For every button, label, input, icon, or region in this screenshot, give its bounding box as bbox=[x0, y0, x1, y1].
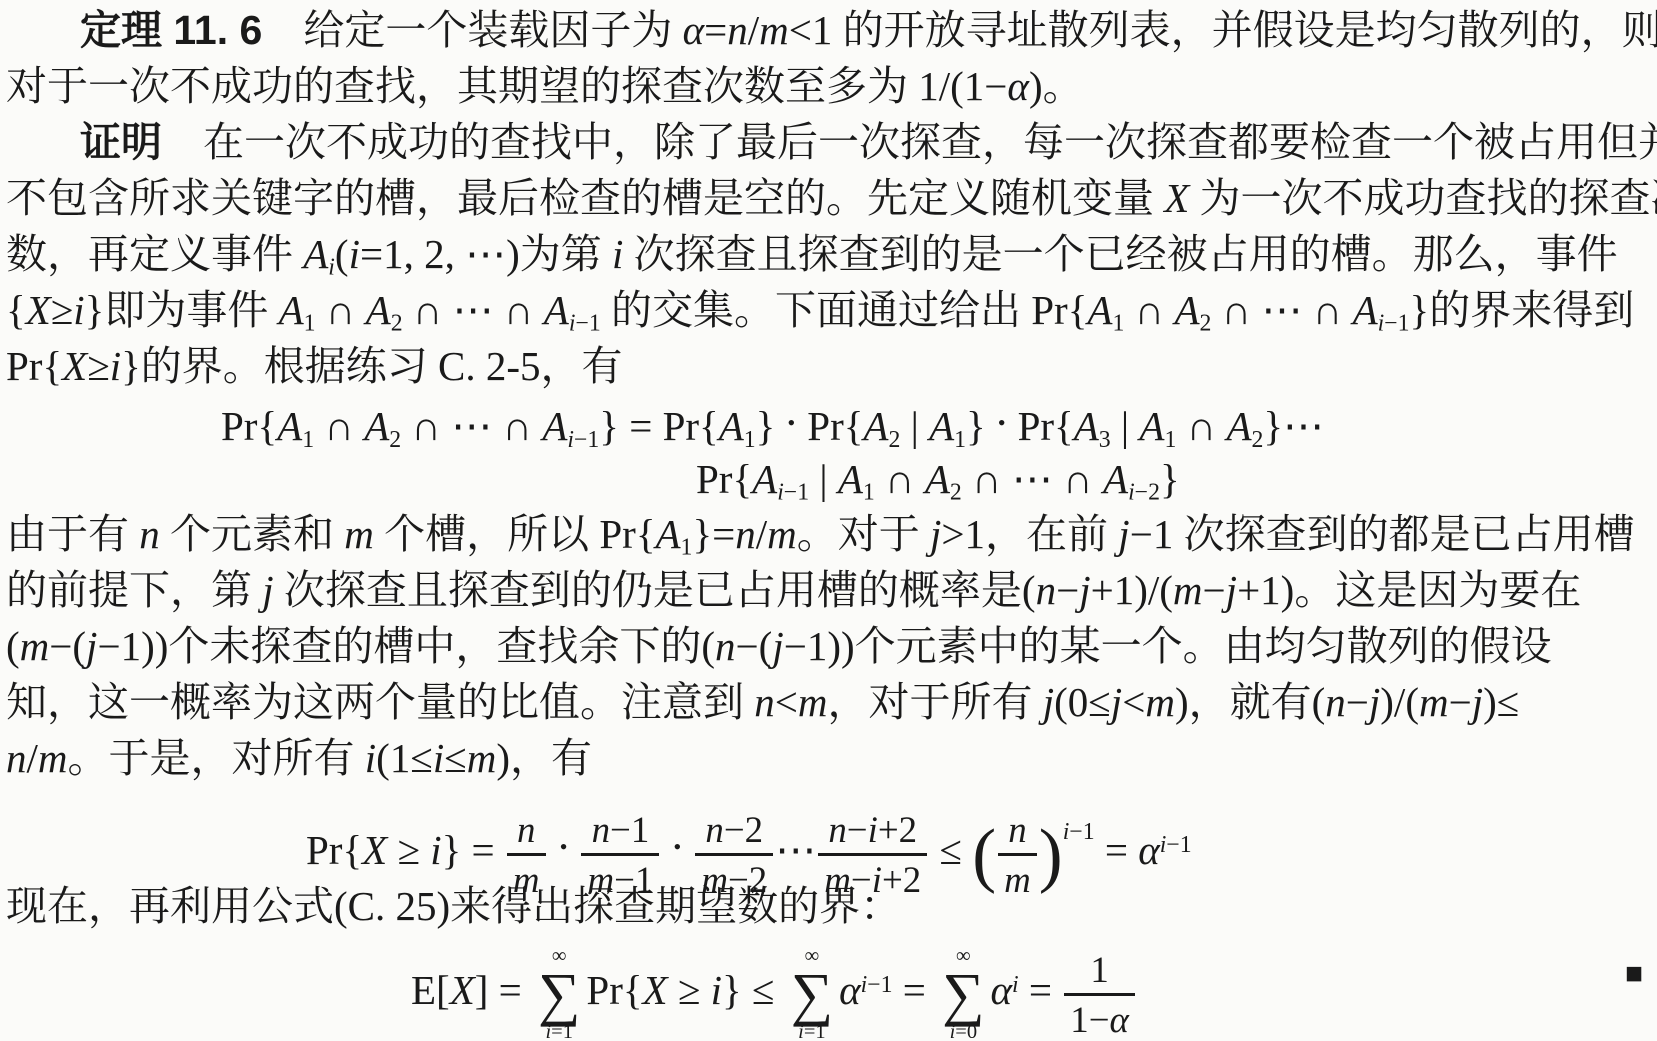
formula-line: Pr{Ai−1 | A1 ∩ A2 ∩ ⋯ ∩ Ai−2} bbox=[6, 452, 1649, 506]
textbook-page: ■ 定理 11. 6 给定一个装载因子为 α=n/m<1 的开放寻址散列表，并假… bbox=[0, 0, 1657, 1041]
text-line: 由于有 n 个元素和 m 个槽，所以 Pr{A1}=n/m。对于 j>1，在前 … bbox=[6, 506, 1649, 562]
formula-line: E[X] = ∞∑i=1Pr{X ≥ i} ≤ ∞∑i=1αi−1 = ∞∑i=… bbox=[6, 934, 1649, 1036]
text-line: 的前提下，第 j 次探查且探查到的仍是已占用槽的概率是(n−j+1)/(m−j+… bbox=[6, 562, 1649, 618]
text-line: 知，这一概率为这两个量的比值。注意到 n<m，对于所有 j(0≤j<m)，就有(… bbox=[6, 674, 1649, 730]
text-line: 不包含所求关键字的槽，最后检查的槽是空的。先定义随机变量 X 为一次不成功查找的… bbox=[6, 170, 1649, 226]
text-line: 数，再定义事件 Ai(i=1, 2, ⋯)为第 i 次探查且探查到的是一个已经被… bbox=[6, 226, 1649, 282]
text-line: 证明 在一次不成功的查找中，除了最后一次探查，每一次探查都要检查一个被占用但并 bbox=[6, 114, 1649, 170]
text-line: Pr{X≥i}的界。根据练习 C. 2-5，有 bbox=[6, 338, 1649, 394]
text-line: (m−(j−1))个未探查的槽中，查找余下的(n−(j−1))个元素中的某一个。… bbox=[6, 618, 1649, 674]
text-line: n/m。于是，对所有 i(1≤i≤m)，有 bbox=[6, 730, 1649, 786]
text-line: {X≥i}即为事件 A1 ∩ A2 ∩ ⋯ ∩ Ai−1 的交集。下面通过给出 … bbox=[6, 282, 1649, 338]
formula-line: Pr{A1 ∩ A2 ∩ ⋯ ∩ Ai−1} = Pr{A1}•Pr{A2 | … bbox=[6, 394, 1649, 452]
text-line: 定理 11. 6 给定一个装载因子为 α=n/m<1 的开放寻址散列表，并假设是… bbox=[6, 2, 1649, 58]
formula-line: Pr{X ≥ i} = nm•n−1m−1•n−2m−2⋯n−i+2m−i+2 … bbox=[6, 786, 1649, 878]
text-line: 对于一次不成功的查找，其期望的探查次数至多为 1/(1−α)。 bbox=[6, 58, 1649, 114]
